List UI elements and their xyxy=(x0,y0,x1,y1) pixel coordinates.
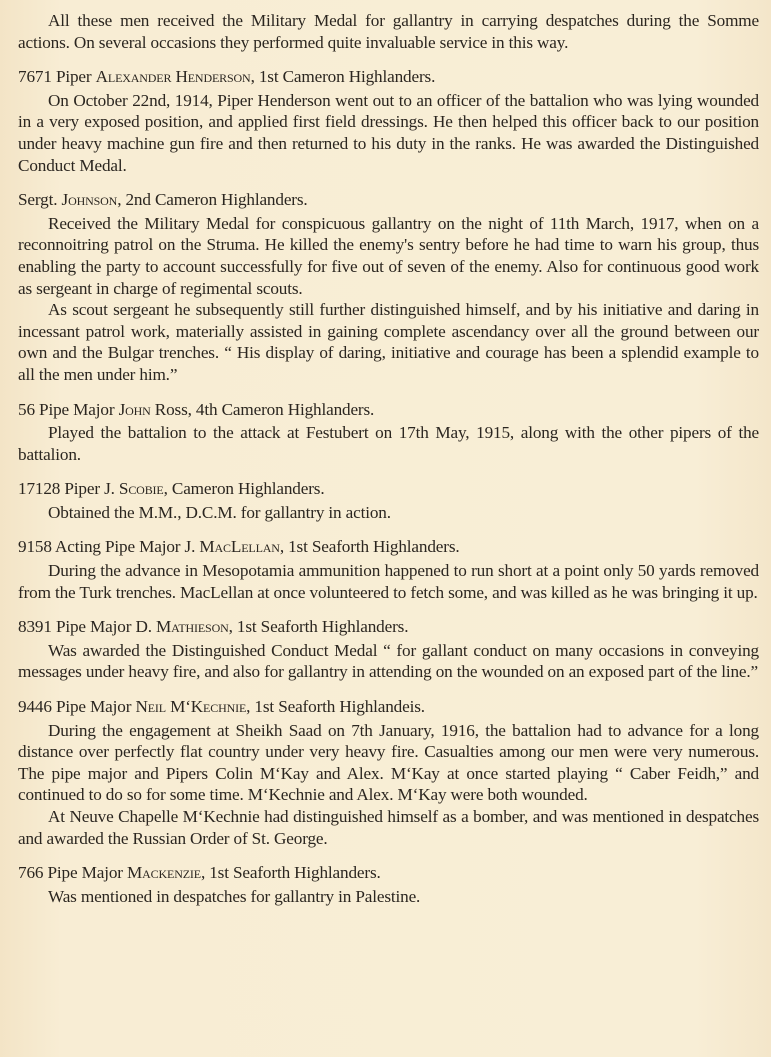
entry-heading: 8391 Pipe Major D. Mathieson, 1st Seafor… xyxy=(18,616,759,638)
entry-scobie: 17128 Piper J. Scobie, Cameron Highlande… xyxy=(18,478,759,523)
entry-heading: 766 Pipe Major Mackenzie, 1st Seaforth H… xyxy=(18,862,759,884)
entry-mackenzie: 766 Pipe Major Mackenzie, 1st Seaforth H… xyxy=(18,862,759,907)
entry-heading: Sergt. Johnson, 2nd Cameron Highlanders. xyxy=(18,189,759,211)
soldier-name: Neil M‘Kechnie xyxy=(135,697,246,716)
entry-paragraph: As scout sergeant he subsequently still … xyxy=(18,299,759,385)
entry-paragraph: At Neuve Chapelle M‘Kechnie had distingu… xyxy=(18,806,759,849)
document-page: All these men received the Military Meda… xyxy=(0,0,771,907)
entry-paragraph: On October 22nd, 1914, Piper Henderson w… xyxy=(18,90,759,176)
soldier-name: MacLellan xyxy=(199,537,279,556)
entry-paragraph: Received the Military Medal for conspicu… xyxy=(18,213,759,299)
soldier-name: Mackenzie xyxy=(127,863,201,882)
entry-johnson: Sergt. Johnson, 2nd Cameron Highlanders.… xyxy=(18,189,759,385)
intro-paragraph: All these men received the Military Meda… xyxy=(18,10,759,53)
entry-paragraph: Was awarded the Distinguished Conduct Me… xyxy=(18,640,759,683)
soldier-name: Johnson xyxy=(62,190,118,209)
entry-paragraph: Was mentioned in despatches for gallantr… xyxy=(18,886,759,908)
entry-mkechnie: 9446 Pipe Major Neil M‘Kechnie, 1st Seaf… xyxy=(18,696,759,849)
entry-paragraph: Played the battalion to the attack at Fe… xyxy=(18,422,759,465)
entry-paragraph: During the advance in Mesopotamia ammuni… xyxy=(18,560,759,603)
entry-maclellan: 9158 Acting Pipe Major J. MacLellan, 1st… xyxy=(18,536,759,603)
entry-ross: 56 Pipe Major John Ross, 4th Cameron Hig… xyxy=(18,399,759,466)
soldier-name: Scobie xyxy=(119,479,164,498)
entry-heading: 9158 Acting Pipe Major J. MacLellan, 1st… xyxy=(18,536,759,558)
entry-heading: 7671 Piper Alexander Henderson, 1st Came… xyxy=(18,66,759,88)
entry-heading: 56 Pipe Major John Ross, 4th Cameron Hig… xyxy=(18,399,759,421)
soldier-name: Alexander Henderson xyxy=(96,67,251,86)
entry-paragraph: During the engagement at Sheikh Saad on … xyxy=(18,720,759,806)
entry-henderson: 7671 Piper Alexander Henderson, 1st Came… xyxy=(18,66,759,176)
entry-paragraph: Obtained the M.M., D.C.M. for gallantry … xyxy=(18,502,759,524)
soldier-name: John xyxy=(119,400,151,419)
soldier-name: Mathieson xyxy=(156,617,229,636)
entry-mathieson: 8391 Pipe Major D. Mathieson, 1st Seafor… xyxy=(18,616,759,683)
entry-heading: 9446 Pipe Major Neil M‘Kechnie, 1st Seaf… xyxy=(18,696,759,718)
entry-heading: 17128 Piper J. Scobie, Cameron Highlande… xyxy=(18,478,759,500)
